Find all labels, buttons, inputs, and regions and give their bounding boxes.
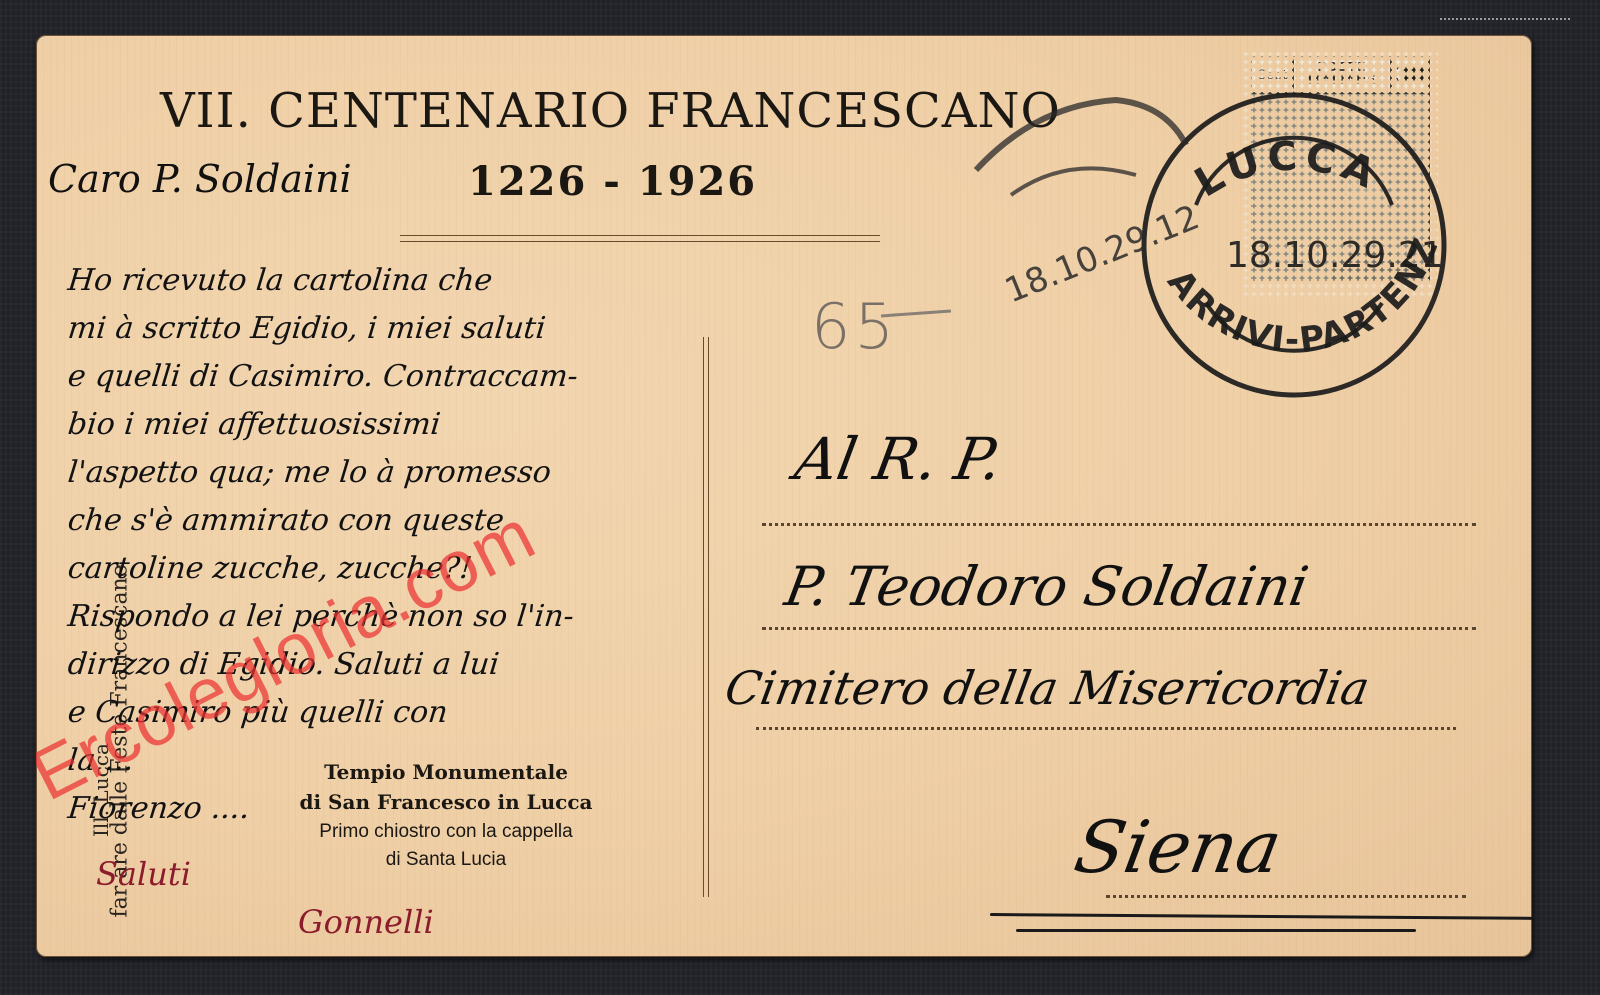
message-line: l'aspetto qua; me lo à promesso <box>65 449 730 497</box>
address-rule-4 <box>1106 895 1466 898</box>
pencil-price-note: 65 <box>811 290 898 363</box>
address-rule-1 <box>762 523 1476 526</box>
address-line-4: Siena <box>1069 805 1288 889</box>
address-rule-2 <box>762 627 1476 630</box>
postcard-years: 1226 - 1926 <box>468 158 757 205</box>
postcard: VII. CENTENARIO FRANCESCANO 1226 - 1926 … <box>36 35 1532 957</box>
postcard-title: VII. CENTENARIO FRANCESCANO <box>160 83 1061 139</box>
stamp-frame: Cent POSTE ITALIANE 30 <box>1250 56 1430 282</box>
caption-line-3: Primo chiostro con la cappella <box>186 819 706 845</box>
printed-caption: Tempio Monumentale di San Francesco in L… <box>186 757 706 873</box>
red-handwriting-1: Saluti <box>96 855 191 893</box>
stamp-country: POSTE ITALIANE <box>1294 58 1390 92</box>
stamp-country-line-1: POSTE <box>1317 60 1366 74</box>
stamp-value: 30 <box>1390 58 1428 92</box>
stamp-country-line-2: ITALIANE <box>1308 73 1377 87</box>
caption-line-4: di Santa Lucia <box>186 847 706 873</box>
message-line: bio i miei affettuosissimi <box>65 401 730 449</box>
king-portrait-icon <box>1306 130 1416 280</box>
message-line: Ho ricevuto la cartolina che <box>65 257 730 305</box>
message-line: che s'è ammirato con queste <box>65 497 730 545</box>
address-line-2: P. Teodoro Soldaini <box>780 555 1313 618</box>
message-line: e quelli di Casimiro. Contraccam- <box>65 353 730 401</box>
message-line: mi à scritto Egidio, i miei saluti <box>65 305 730 353</box>
handwritten-salutation: Caro P. Soldaini <box>48 157 352 201</box>
caption-line-2: di San Francesco in Lucca <box>186 787 706 817</box>
address-rule-3 <box>756 727 1456 730</box>
address-line-3: Cimitero della Misericordia <box>721 661 1373 715</box>
stamp-header: Cent POSTE ITALIANE 30 <box>1252 58 1428 94</box>
address-line-1: Al R. P. <box>790 425 1007 493</box>
scale-marker <box>1440 18 1570 22</box>
underline-stroke <box>1016 929 1416 932</box>
caption-line-1: Tempio Monumentale <box>186 757 706 787</box>
double-rule-horizontal <box>400 235 880 242</box>
stamp-currency: Cent <box>1252 58 1294 92</box>
red-handwriting-2: Gonnelli <box>298 903 434 941</box>
secondary-postmark-date: 18.10.29.12 <box>999 197 1205 311</box>
postage-stamp: Cent POSTE ITALIANE 30 <box>1242 50 1438 298</box>
underline-stroke <box>990 913 1532 920</box>
